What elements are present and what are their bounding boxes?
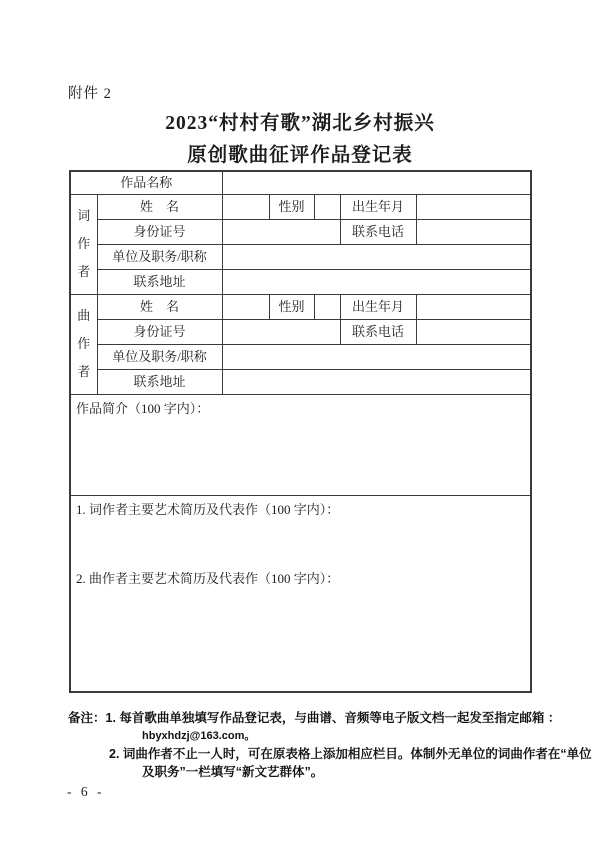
composer-birth-value[interactable]: [416, 294, 531, 319]
lyricist-name-label: 姓 名: [97, 194, 222, 219]
registration-form-table: 作品名称 词作者 姓 名 性别 出生年月 身份证号 联系电话 单位及职务/职称: [69, 170, 532, 693]
work-intro-label: 作品简介（100 字内）：: [76, 401, 524, 417]
work-name-label: 作品名称: [70, 171, 222, 194]
work-name-value[interactable]: [222, 171, 531, 194]
page-number: - 6 -: [67, 784, 105, 800]
composer-name-row: 曲作者 姓 名 性别 出生年月: [70, 294, 531, 319]
composer-id-row: 身份证号 联系电话: [70, 319, 531, 344]
composer-address-row: 联系地址: [70, 369, 531, 394]
lyricist-address-label: 联系地址: [97, 269, 222, 294]
composer-resume-label: 2. 曲作者主要艺术简历及代表作（100 字内）：: [76, 571, 524, 587]
lyricist-id-row: 身份证号 联系电话: [70, 219, 531, 244]
lyricist-unit-value[interactable]: [222, 244, 531, 269]
document-title-line2: 原创歌曲征评作品登记表: [0, 139, 600, 167]
document-page: 附件 2 2023“村村有歌”湖北乡村振兴 原创歌曲征评作品登记表 作品名称 词…: [0, 0, 600, 848]
work-name-row: 作品名称: [70, 171, 531, 194]
lyricist-birth-label: 出生年月: [340, 194, 416, 219]
lyricist-phone-value[interactable]: [416, 219, 531, 244]
composer-name-label: 姓 名: [97, 294, 222, 319]
remarks-block: 备注：1. 每首歌曲单独填写作品登记表，与曲谱、音频等电子版文档一起发至指定邮箱…: [68, 709, 546, 781]
lyricist-gender-value[interactable]: [314, 194, 340, 219]
lyricist-address-row: 联系地址: [70, 269, 531, 294]
composer-id-label: 身份证号: [97, 319, 222, 344]
remarks-item2-line2: 及职务”一栏填写“新文艺群体”。: [68, 763, 546, 781]
lyricist-name-value[interactable]: [222, 194, 269, 219]
resume-row: 1. 词作者主要艺术简历及代表作（100 字内）： 2. 曲作者主要艺术简历及代…: [70, 495, 531, 692]
composer-unit-label: 单位及职务/职称: [97, 344, 222, 369]
remarks-item1-line1: 备注：1. 每首歌曲单独填写作品登记表，与曲谱、音频等电子版文档一起发至指定邮箱…: [68, 709, 546, 727]
composer-birth-label: 出生年月: [340, 294, 416, 319]
lyricist-id-label: 身份证号: [97, 219, 222, 244]
lyricist-role-vertical-text: 词作者: [77, 202, 91, 286]
work-intro-cell[interactable]: 作品简介（100 字内）：: [70, 394, 531, 495]
composer-address-label: 联系地址: [97, 369, 222, 394]
composer-role-label: 曲作者: [70, 294, 97, 394]
resume-cell[interactable]: 1. 词作者主要艺术简历及代表作（100 字内）： 2. 曲作者主要艺术简历及代…: [70, 495, 531, 692]
lyricist-name-row: 词作者 姓 名 性别 出生年月: [70, 194, 531, 219]
lyricist-unit-row: 单位及职务/职称: [70, 244, 531, 269]
composer-id-value[interactable]: [222, 319, 340, 344]
remarks-item2-line1: 2. 词曲作者不止一人时，可在原表格上添加相应栏目。体制外无单位的词曲作者在“单…: [68, 745, 546, 763]
lyricist-id-value[interactable]: [222, 219, 340, 244]
composer-address-value[interactable]: [222, 369, 531, 394]
attachment-label: 附件 2: [68, 82, 112, 103]
lyricist-address-value[interactable]: [222, 269, 531, 294]
composer-phone-value[interactable]: [416, 319, 531, 344]
composer-name-value[interactable]: [222, 294, 269, 319]
lyricist-phone-label: 联系电话: [340, 219, 416, 244]
document-title-line1: 2023“村村有歌”湖北乡村振兴: [0, 107, 600, 135]
composer-unit-row: 单位及职务/职称: [70, 344, 531, 369]
lyricist-birth-value[interactable]: [416, 194, 531, 219]
remarks-item1-email: hbyxhdzj@163.com。: [68, 727, 546, 745]
composer-unit-value[interactable]: [222, 344, 531, 369]
composer-gender-label: 性别: [269, 294, 314, 319]
lyricist-gender-label: 性别: [269, 194, 314, 219]
composer-role-vertical-text: 曲作者: [77, 302, 91, 386]
remarks-item1-text: 1. 每首歌曲单独填写作品登记表，与曲谱、音频等电子版文档一起发至指定邮箱 ：: [106, 711, 561, 725]
work-intro-row: 作品简介（100 字内）：: [70, 394, 531, 495]
lyricist-role-label: 词作者: [70, 194, 97, 294]
lyricist-unit-label: 单位及职务/职称: [97, 244, 222, 269]
lyricist-resume-label: 1. 词作者主要艺术简历及代表作（100 字内）：: [76, 502, 524, 518]
composer-phone-label: 联系电话: [340, 319, 416, 344]
remarks-label: 备注：: [68, 711, 106, 725]
composer-gender-value[interactable]: [314, 294, 340, 319]
